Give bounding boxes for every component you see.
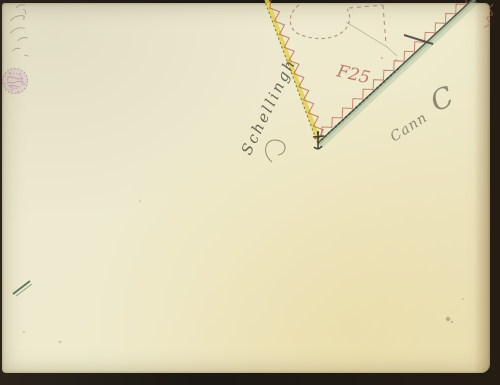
faint-survey-line bbox=[346, 22, 397, 56]
photographed-backing: F25 Schellingh Cann C bbox=[0, 0, 500, 385]
folio-number-label: F25 bbox=[334, 61, 372, 88]
paper-stains bbox=[23, 57, 464, 344]
archive-stamp bbox=[2, 68, 28, 94]
cursive-annotation-left: Schellingh bbox=[237, 55, 299, 162]
red-hatching-edge bbox=[484, 4, 493, 28]
faint-handwriting bbox=[5, 4, 34, 58]
survey-dash-loop bbox=[290, 5, 386, 45]
svg-text:Cann: Cann bbox=[387, 110, 430, 146]
svg-text:C: C bbox=[425, 80, 458, 119]
map-drawing-layer: F25 Schellingh Cann C bbox=[0, 0, 500, 385]
cursive-annotation-right: Cann C bbox=[387, 80, 458, 146]
green-pen-slash bbox=[13, 281, 32, 296]
